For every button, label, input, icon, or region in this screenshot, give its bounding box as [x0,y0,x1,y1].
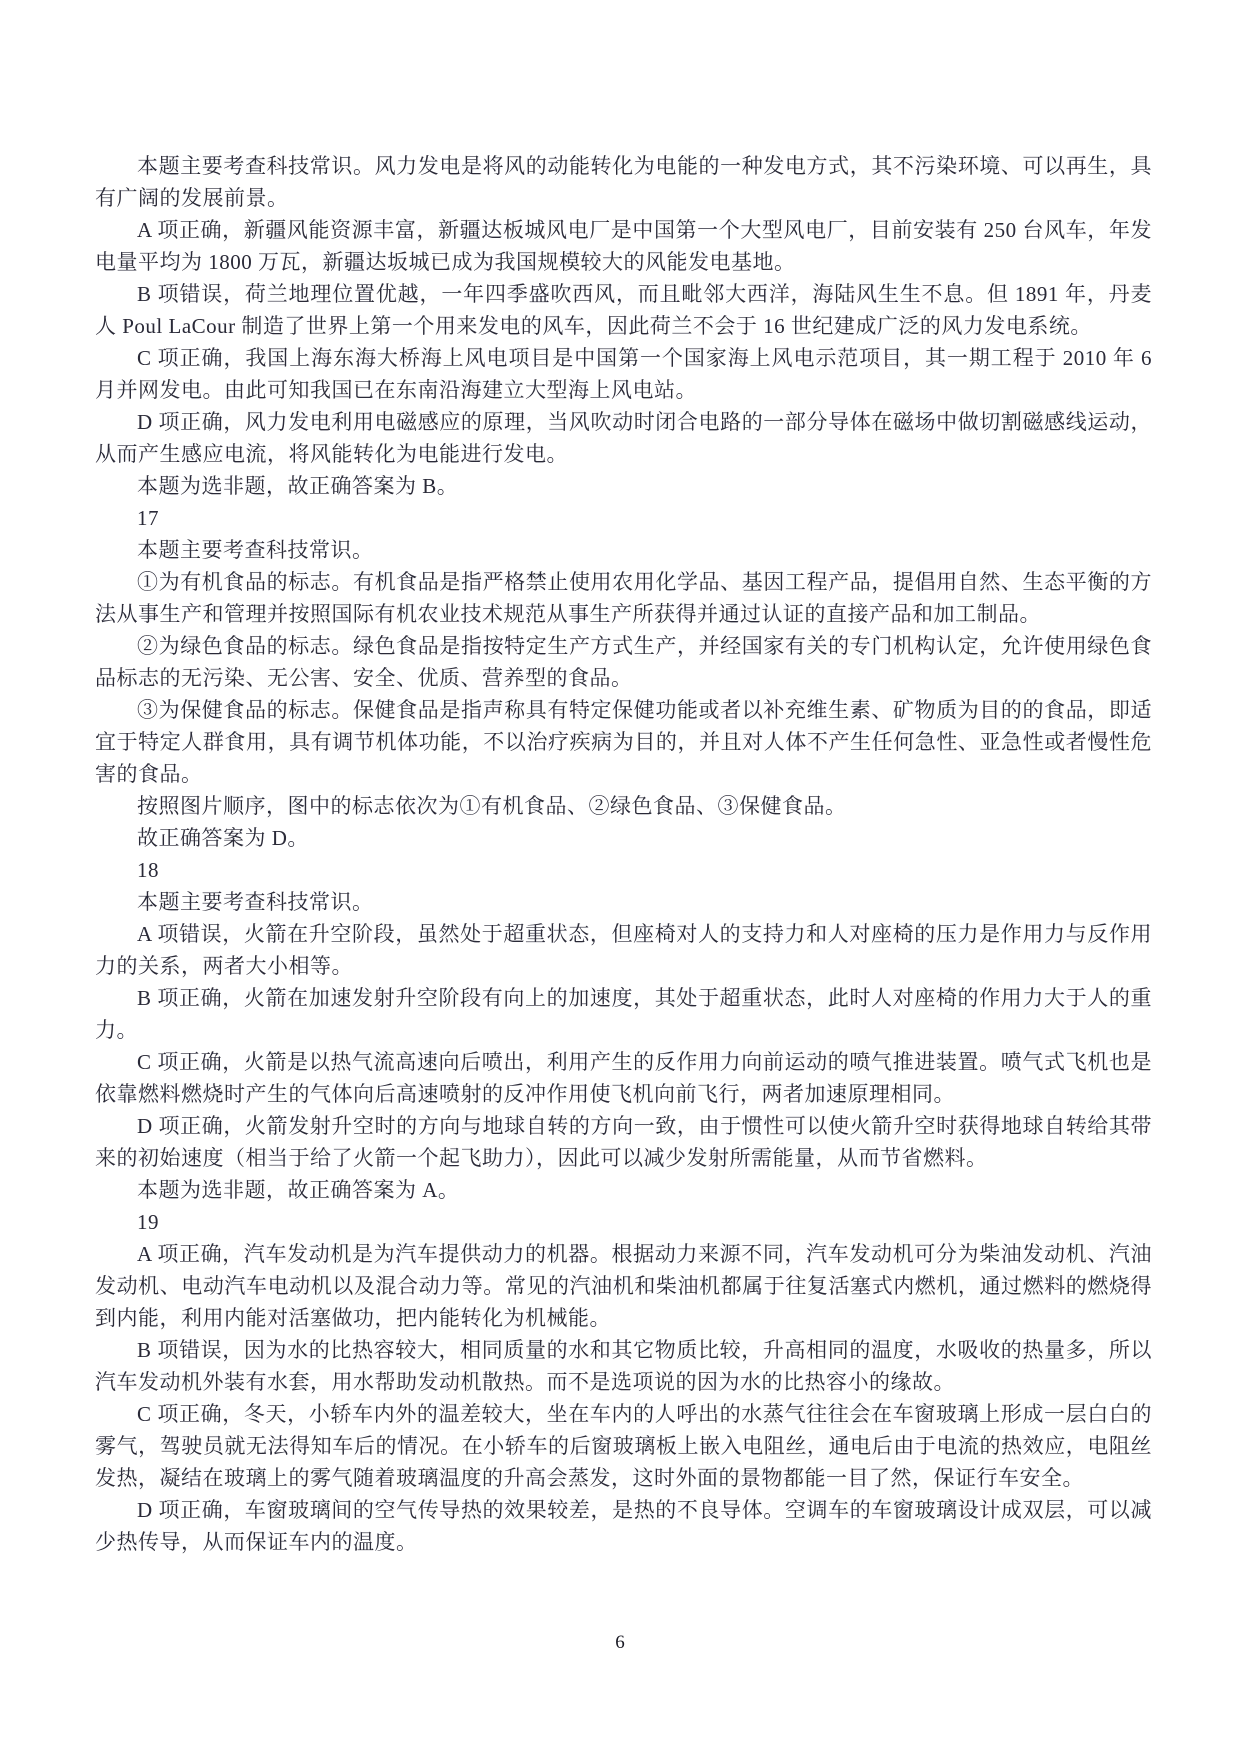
document-page: 本题主要考查科技常识。风力发电是将风的动能转化为电能的一种发电方式，其不污染环境… [0,0,1240,1754]
paragraph: 18 [95,854,1152,886]
paragraph: 本题为选非题，故正确答案为 B。 [95,470,1152,502]
paragraph: 按照图片顺序，图中的标志依次为①有机食品、②绿色食品、③保健食品。 [95,790,1152,822]
paragraph: ②为绿色食品的标志。绿色食品是指按特定生产方式生产，并经国家有关的专门机构认定，… [95,630,1152,694]
paragraph: ①为有机食品的标志。有机食品是指严格禁止使用农用化学品、基因工程产品，提倡用自然… [95,566,1152,630]
paragraph: 本题为选非题，故正确答案为 A。 [95,1174,1152,1206]
paragraph: C 项正确，冬天，小轿车内外的温差较大，坐在车内的人呼出的水蒸气往往会在车窗玻璃… [95,1398,1152,1494]
paragraph: B 项错误，因为水的比热容较大，相同质量的水和其它物质比较，升高相同的温度，水吸… [95,1334,1152,1398]
paragraph: 本题主要考查科技常识。 [95,886,1152,918]
paragraph: A 项错误，火箭在升空阶段，虽然处于超重状态，但座椅对人的支持力和人对座椅的压力… [95,918,1152,982]
paragraph: D 项正确，风力发电利用电磁感应的原理，当风吹动时闭合电路的一部分导体在磁场中做… [95,406,1152,470]
paragraph: 本题主要考查科技常识。 [95,534,1152,566]
paragraph: B 项错误，荷兰地理位置优越，一年四季盛吹西风，而且毗邻大西洋，海陆风生生不息。… [95,278,1152,342]
paragraph: C 项正确，我国上海东海大桥海上风电项目是中国第一个国家海上风电示范项目，其一期… [95,342,1152,406]
paragraph: 故正确答案为 D。 [95,822,1152,854]
paragraph: 17 [95,502,1152,534]
paragraph: D 项正确，车窗玻璃间的空气传导热的效果较差，是热的不良导体。空调车的车窗玻璃设… [95,1494,1152,1558]
page-footer: 6 [0,1632,1240,1654]
paragraph: A 项正确，新疆风能资源丰富，新疆达板城风电厂是中国第一个大型风电厂，目前安装有… [95,214,1152,278]
paragraph: D 项正确，火箭发射升空时的方向与地球自转的方向一致，由于惯性可以使火箭升空时获… [95,1110,1152,1174]
paragraph: ③为保健食品的标志。保健食品是指声称具有特定保健功能或者以补充维生素、矿物质为目… [95,694,1152,790]
document-body: 本题主要考查科技常识。风力发电是将风的动能转化为电能的一种发电方式，其不污染环境… [95,150,1152,1558]
paragraph: 19 [95,1206,1152,1238]
paragraph: B 项正确，火箭在加速发射升空阶段有向上的加速度，其处于超重状态，此时人对座椅的… [95,982,1152,1046]
page-number: 6 [615,1632,625,1653]
paragraph: 本题主要考查科技常识。风力发电是将风的动能转化为电能的一种发电方式，其不污染环境… [95,150,1152,214]
paragraph: C 项正确，火箭是以热气流高速向后喷出，利用产生的反作用力向前运动的喷气推进装置… [95,1046,1152,1110]
paragraph: A 项正确，汽车发动机是为汽车提供动力的机器。根据动力来源不同，汽车发动机可分为… [95,1238,1152,1334]
